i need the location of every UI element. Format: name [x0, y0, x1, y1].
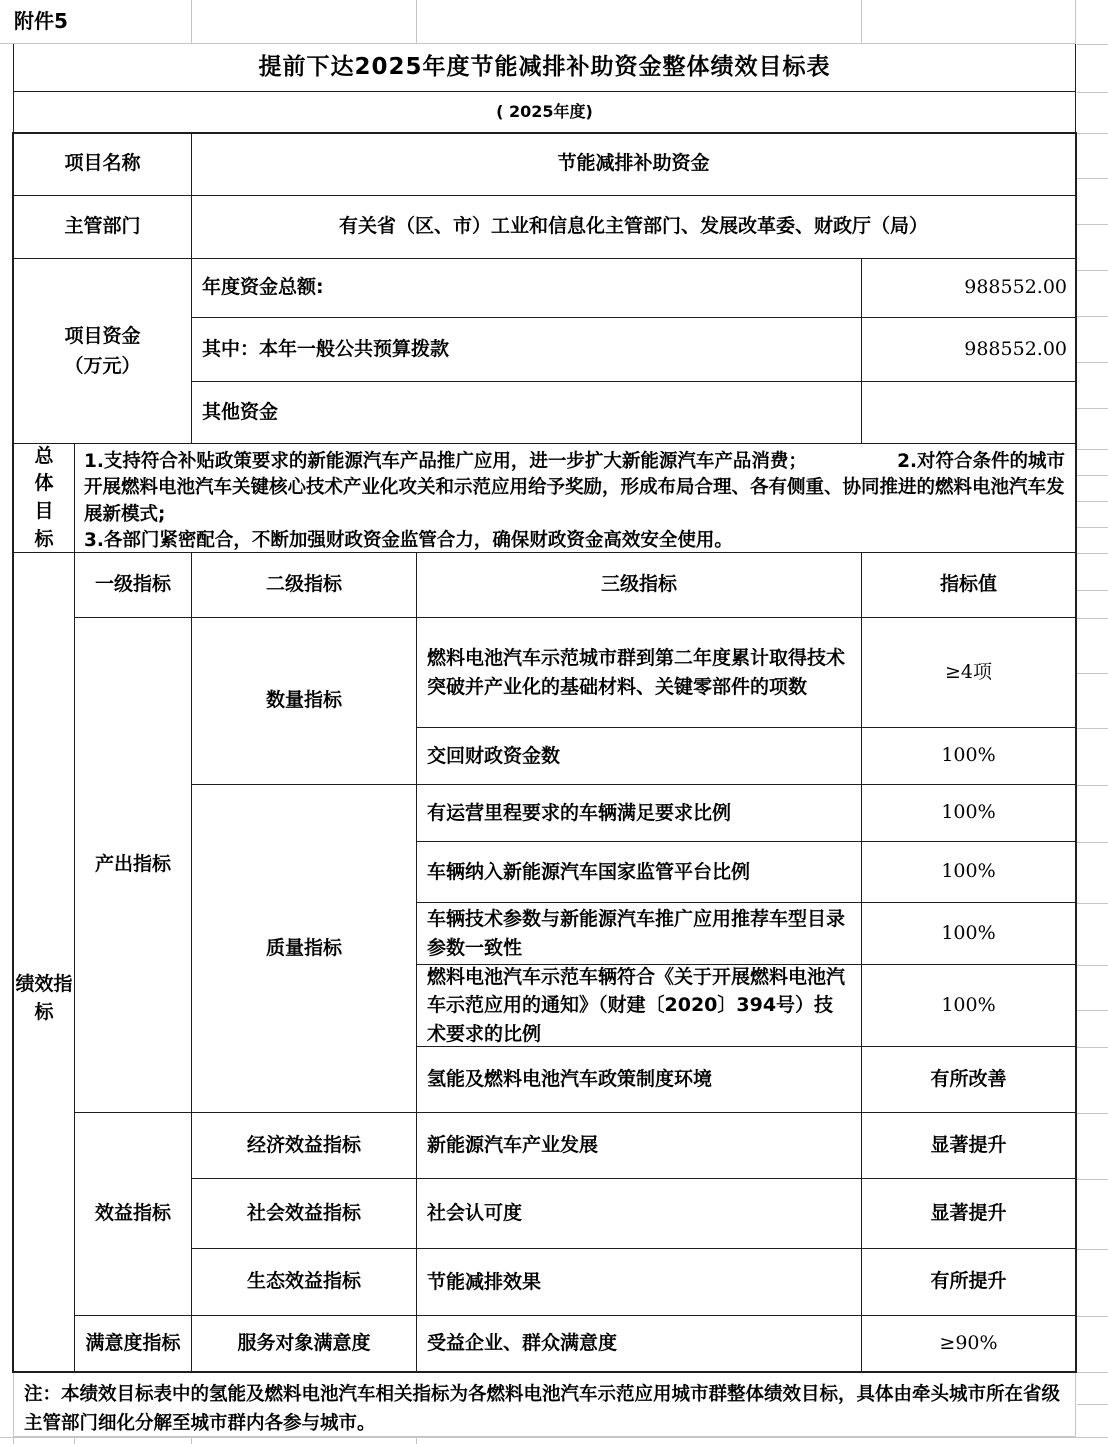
- indicator-level3: 节能减排效果: [417, 1249, 862, 1316]
- indicator-value: 100%: [862, 903, 1076, 965]
- performance-target-table: 附件5 提前下达2025年度节能减排补助资金整体绩效目标表 ( 2025年度) …: [0, 0, 1108, 1444]
- level1-benefit: 效益指标: [75, 1113, 192, 1316]
- ghost-cell: [192, 1437, 417, 1444]
- attachment-label: 附件5: [0, 0, 192, 44]
- indicator-level3: 新能源汽车产业发展: [417, 1113, 862, 1179]
- header-level3: 三级指标: [417, 553, 862, 618]
- empty-cell: [192, 0, 417, 44]
- overall-goal-label: 总体目标: [13, 444, 75, 553]
- level2-social: 社会效益指标: [192, 1179, 417, 1249]
- indicator-value: 100%: [862, 728, 1076, 785]
- level2-quantity: 数量指标: [192, 618, 417, 785]
- performance-indicators-label: 绩效指标: [13, 553, 75, 1372]
- overall-goal-text: 1.支持符合补贴政策要求的新能源汽车产品推广应用，进一步扩大新能源汽车产品消费；…: [75, 444, 1076, 553]
- level2-service: 服务对象满意度: [192, 1316, 417, 1372]
- header-level1: 一级指标: [75, 553, 192, 618]
- level1-output: 产出指标: [75, 618, 192, 1113]
- indicator-level3: 燃料电池汽车示范城市群到第二年度累计取得技术突破并产业化的基础材料、关键零部件的…: [417, 618, 862, 728]
- indicator-value: 有所改善: [862, 1047, 1076, 1113]
- spreadsheet-document: 附件5 提前下达2025年度节能减排补助资金整体绩效目标表 ( 2025年度) …: [0, 0, 1108, 1444]
- funds-item-total: 年度资金总额:: [192, 259, 862, 318]
- empty-cell: [417, 0, 862, 44]
- funds-value-budget: 988552.00: [862, 318, 1076, 382]
- indicator-value: 显著提升: [862, 1179, 1076, 1249]
- indicator-level3: 燃料电池汽车示范车辆符合《关于开展燃料电池汽车示范应用的通知》（财建〔2020〕…: [417, 965, 862, 1047]
- level1-satisfaction: 满意度指标: [75, 1316, 192, 1372]
- indicator-level3: 受益企业、群众满意度: [417, 1316, 862, 1372]
- department-value: 有关省（区、市）工业和信息化主管部门、发展改革委、财政厅（局）: [192, 196, 1076, 259]
- level2-ecological: 生态效益指标: [192, 1249, 417, 1316]
- header-level2: 二级指标: [192, 553, 417, 618]
- indicator-value: 100%: [862, 842, 1076, 903]
- level2-economic: 经济效益指标: [192, 1113, 417, 1179]
- funds-value-total: 988552.00: [862, 259, 1076, 318]
- indicator-level3: 有运营里程要求的车辆满足要求比例: [417, 785, 862, 842]
- indicator-value: 显著提升: [862, 1113, 1076, 1179]
- indicator-value: ≥4项: [862, 618, 1076, 728]
- document-title: 提前下达2025年度节能减排补助资金整体绩效目标表: [13, 44, 1076, 92]
- document-subtitle: ( 2025年度): [13, 92, 1076, 133]
- footnote-text: 注：本绩效目标表中的氢能及燃料电池汽车相关指标为各燃料电池汽车示范应用城市群整体…: [13, 1372, 1076, 1437]
- indicator-level3: 车辆纳入新能源汽车国家监管平台比例: [417, 842, 862, 903]
- indicator-value: 100%: [862, 785, 1076, 842]
- department-label: 主管部门: [13, 196, 192, 259]
- empty-cell: [862, 0, 1076, 44]
- indicator-level3: 交回财政资金数: [417, 728, 862, 785]
- ghost-cell: [75, 1437, 192, 1444]
- ghost-cell: [13, 1437, 75, 1444]
- funds-label: 项目资金 （万元）: [13, 259, 192, 444]
- indicator-value: ≥90%: [862, 1316, 1076, 1372]
- indicator-level3: 氢能及燃料电池汽车政策制度环境: [417, 1047, 862, 1113]
- indicator-value: 100%: [862, 965, 1076, 1047]
- level2-quality: 质量指标: [192, 785, 417, 1113]
- header-value: 指标值: [862, 553, 1076, 618]
- indicator-value: 有所提升: [862, 1249, 1076, 1316]
- funds-item-budget: 其中：本年一般公共预算拨款: [192, 318, 862, 382]
- project-name-label: 项目名称: [13, 133, 192, 196]
- indicator-level3: 社会认可度: [417, 1179, 862, 1249]
- funds-item-other: 其他资金: [192, 382, 862, 444]
- indicator-level3: 车辆技术参数与新能源汽车推广应用推荐车型目录参数一致性: [417, 903, 862, 965]
- project-name-value: 节能减排补助资金: [192, 133, 1076, 196]
- funds-value-other: [862, 382, 1076, 444]
